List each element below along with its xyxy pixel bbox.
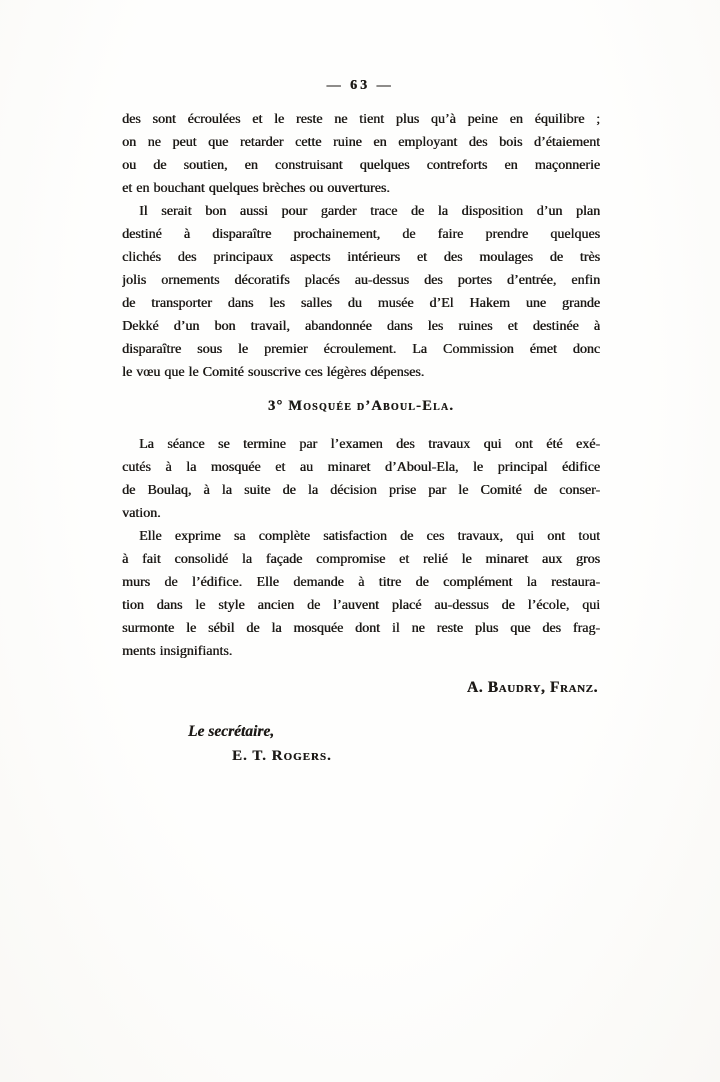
- text-line: jolis ornements décoratifs placés au-des…: [122, 269, 600, 292]
- text-line: Elle exprime sa complète satisfaction de…: [122, 525, 600, 548]
- text-line: des sont écroulées et le reste ne tient …: [122, 108, 600, 131]
- text-line: disparaître sous le premier écroulement.…: [122, 338, 600, 361]
- text-line: et en bouchant quelques brèches ou ouver…: [122, 177, 600, 200]
- text-line: clichés des principaux aspects intérieur…: [122, 246, 600, 269]
- text-line: de Boulaq, à la suite de la décision pri…: [122, 479, 600, 502]
- text-line: on ne peut que retarder cette ruine en e…: [122, 131, 600, 154]
- text-line: destiné à disparaître prochainement, de …: [122, 223, 600, 246]
- document-page: — 63 — des sont écroulées et le reste ne…: [0, 0, 720, 1082]
- text-line: vation.: [122, 502, 600, 525]
- paragraph-4: Elle exprime sa complète satisfaction de…: [122, 525, 600, 663]
- paragraph-3: La séance se termine par l’examen des tr…: [122, 433, 600, 525]
- page-number: — 63 —: [0, 78, 720, 94]
- text-line: tion dans le style ancien de l’auvent pl…: [122, 594, 600, 617]
- text-line: cutés à la mosquée et au minaret d’Aboul…: [122, 456, 600, 479]
- paragraph-1: des sont écroulées et le reste ne tient …: [122, 108, 600, 200]
- text-line: Dekké d’un bon travail, abandonnée dans …: [122, 315, 600, 338]
- secretary-name: E. T. Rogers.: [122, 744, 600, 769]
- secretary-title: Le secrétaire,: [122, 719, 600, 744]
- text-line: le vœu que le Comité souscrive ces légèr…: [122, 361, 600, 384]
- text-line: murs de l’édifice. Elle demande à titre …: [122, 571, 600, 594]
- secretary-block: Le secrétaire, E. T. Rogers.: [122, 719, 600, 769]
- paragraph-2: Il serait bon aussi pour garder trace de…: [122, 200, 600, 384]
- section-heading: 3° Mosquée d’Aboul-Ela.: [122, 395, 600, 418]
- text-line: surmonte le sébil de la mosquée dont il …: [122, 617, 600, 640]
- text-line: Il serait bon aussi pour garder trace de…: [122, 200, 600, 223]
- text-line: ou de soutien, en construisant quelques …: [122, 154, 600, 177]
- text-line: à fait consolidé la façade compromise et…: [122, 548, 600, 571]
- text-line: de transporter dans les salles du musée …: [122, 292, 600, 315]
- text-block: des sont écroulées et le reste ne tient …: [122, 108, 600, 769]
- signature-names: A. Baudry, Franz.: [122, 676, 600, 699]
- text-line: ments insignifiants.: [122, 640, 600, 663]
- text-line: La séance se termine par l’examen des tr…: [122, 433, 600, 456]
